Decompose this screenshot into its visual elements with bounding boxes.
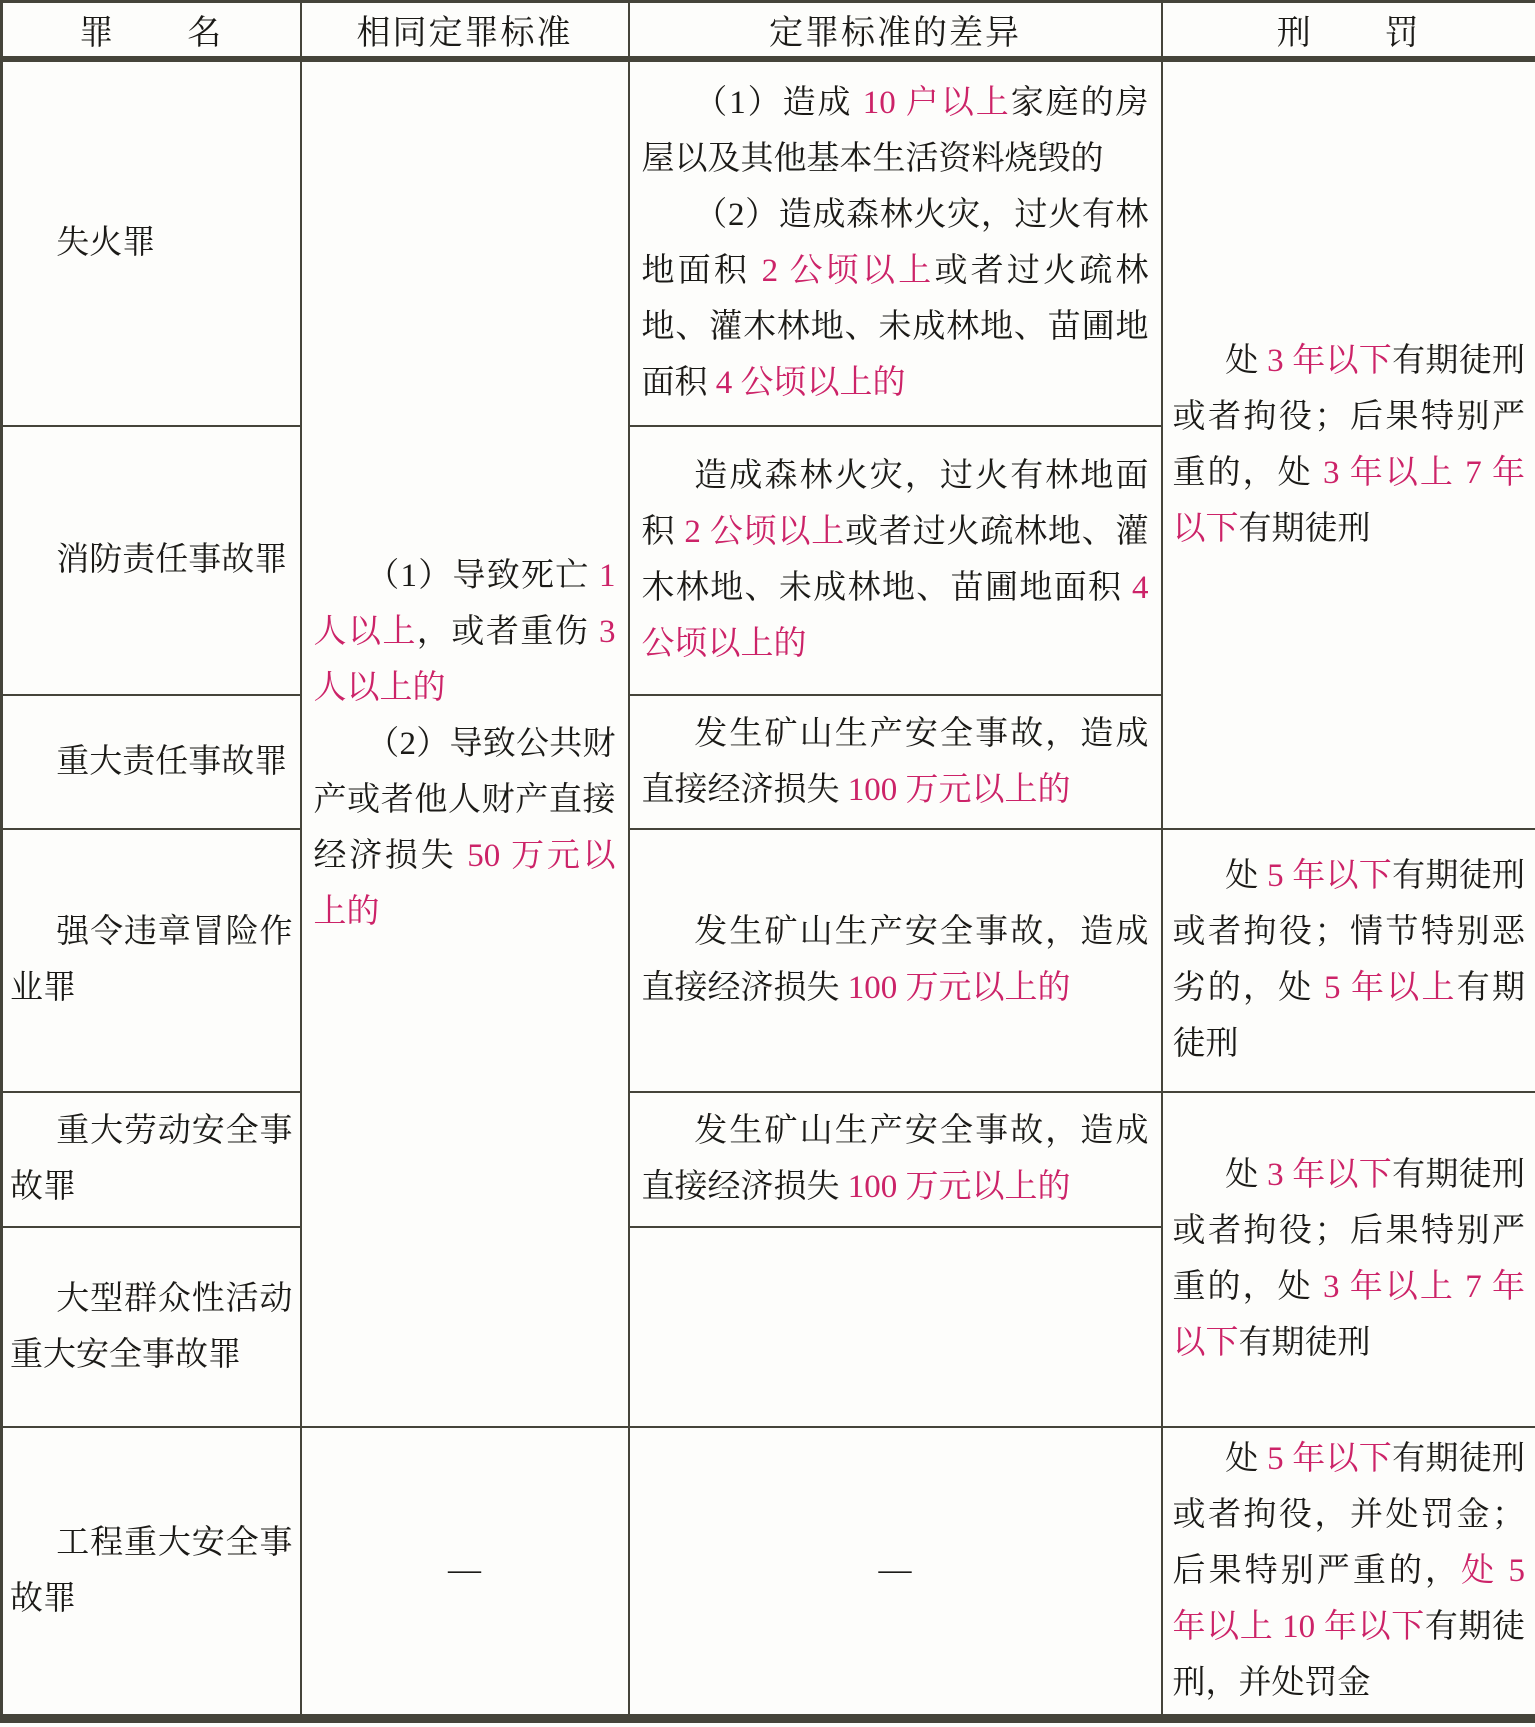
table-row: 失火罪 （1）导致死亡 1 人以上，或者重伤 3 人以上的（2）导致公共财产或者… bbox=[2, 59, 1535, 426]
penalty-cell-rows1-3: 处 3 年以下有期徒刑或者拘役；后果特别严重的，处 3 年以上 7 年以下有期徒… bbox=[1162, 59, 1535, 829]
crime-name-cell-arson-negligence: 失火罪 bbox=[2, 59, 301, 426]
table-header: 罪 名 相同定罪标准 定罪标准的差异 刑 罚 bbox=[2, 2, 1535, 59]
difference-cell-1: （1）造成 10 户以上家庭的房屋以及其他基本生活资料烧毁的（2）造成森林火灾，… bbox=[629, 59, 1162, 426]
difference-cell-6-empty bbox=[629, 1227, 1162, 1427]
difference-cell-5: 发生矿山生产安全事故，造成直接经济损失 100 万元以上的 bbox=[629, 1092, 1162, 1227]
same-standard-cell: （1）导致死亡 1 人以上，或者重伤 3 人以上的（2）导致公共财产或者他人财产… bbox=[301, 59, 629, 1427]
crime-name-label: 消防责任事故罪 bbox=[10, 532, 293, 588]
crime-name-cell-major-liability: 重大责任事故罪 bbox=[2, 695, 301, 829]
header-standard-difference: 定罪标准的差异 bbox=[629, 2, 1162, 59]
penalty-cell-row7: 处 5 年以下有期徒刑或者拘役，并处罚金；后果特别严重的，处 5 年以上 10 … bbox=[1162, 1427, 1535, 1719]
crime-name-cell-mass-activity-safety: 大型群众性活动重大安全事故罪 bbox=[2, 1227, 301, 1427]
same-standard-dash-cell: — bbox=[301, 1427, 629, 1719]
crime-name-label: 重大劳动安全事故罪 bbox=[10, 1103, 293, 1215]
penalty-cell-rows5-6: 处 3 年以下有期徒刑或者拘役；后果特别严重的，处 3 年以上 7 年以下有期徒… bbox=[1162, 1092, 1535, 1427]
table-row: 强令违章冒险作业罪 发生矿山生产安全事故，造成直接经济损失 100 万元以上的 … bbox=[2, 829, 1535, 1092]
difference-cell-2: 造成森林火灾，过火有林地面积 2 公顷以上或者过火疏林地、灌木林地、未成林地、苗… bbox=[629, 426, 1162, 695]
crime-penalty-table: 罪 名 相同定罪标准 定罪标准的差异 刑 罚 失火罪 （1）导致死亡 1 人以上… bbox=[0, 0, 1535, 1723]
crime-name-label: 重大责任事故罪 bbox=[10, 734, 293, 790]
crime-name-cell-forced-risky-operation: 强令违章冒险作业罪 bbox=[2, 829, 301, 1092]
difference-cell-4: 发生矿山生产安全事故，造成直接经济损失 100 万元以上的 bbox=[629, 829, 1162, 1092]
header-same-standard: 相同定罪标准 bbox=[301, 2, 629, 59]
header-penalty: 刑 罚 bbox=[1162, 2, 1535, 59]
header-crime-name: 罪 名 bbox=[2, 2, 301, 59]
crime-name-cell-labor-safety: 重大劳动安全事故罪 bbox=[2, 1092, 301, 1227]
header-row: 罪 名 相同定罪标准 定罪标准的差异 刑 罚 bbox=[2, 2, 1535, 59]
crime-name-label: 大型群众性活动重大安全事故罪 bbox=[10, 1271, 293, 1383]
crime-name-cell-engineering-safety: 工程重大安全事故罪 bbox=[2, 1427, 301, 1719]
table-row: 工程重大安全事故罪 — — 处 5 年以下有期徒刑或者拘役，并处罚金；后果特别严… bbox=[2, 1427, 1535, 1719]
difference-cell-3: 发生矿山生产安全事故，造成直接经济损失 100 万元以上的 bbox=[629, 695, 1162, 829]
difference-dash-cell: — bbox=[629, 1427, 1162, 1719]
penalty-cell-row4: 处 5 年以下有期徒刑或者拘役；情节特别恶劣的，处 5 年以上有期徒刑 bbox=[1162, 829, 1535, 1092]
crime-name-label: 强令违章冒险作业罪 bbox=[10, 904, 293, 1016]
crime-name-cell-fire-control: 消防责任事故罪 bbox=[2, 426, 301, 695]
table-row: 重大劳动安全事故罪 发生矿山生产安全事故，造成直接经济损失 100 万元以上的 … bbox=[2, 1092, 1535, 1227]
crime-name-label: 失火罪 bbox=[10, 215, 293, 271]
crime-name-label: 工程重大安全事故罪 bbox=[10, 1515, 293, 1627]
